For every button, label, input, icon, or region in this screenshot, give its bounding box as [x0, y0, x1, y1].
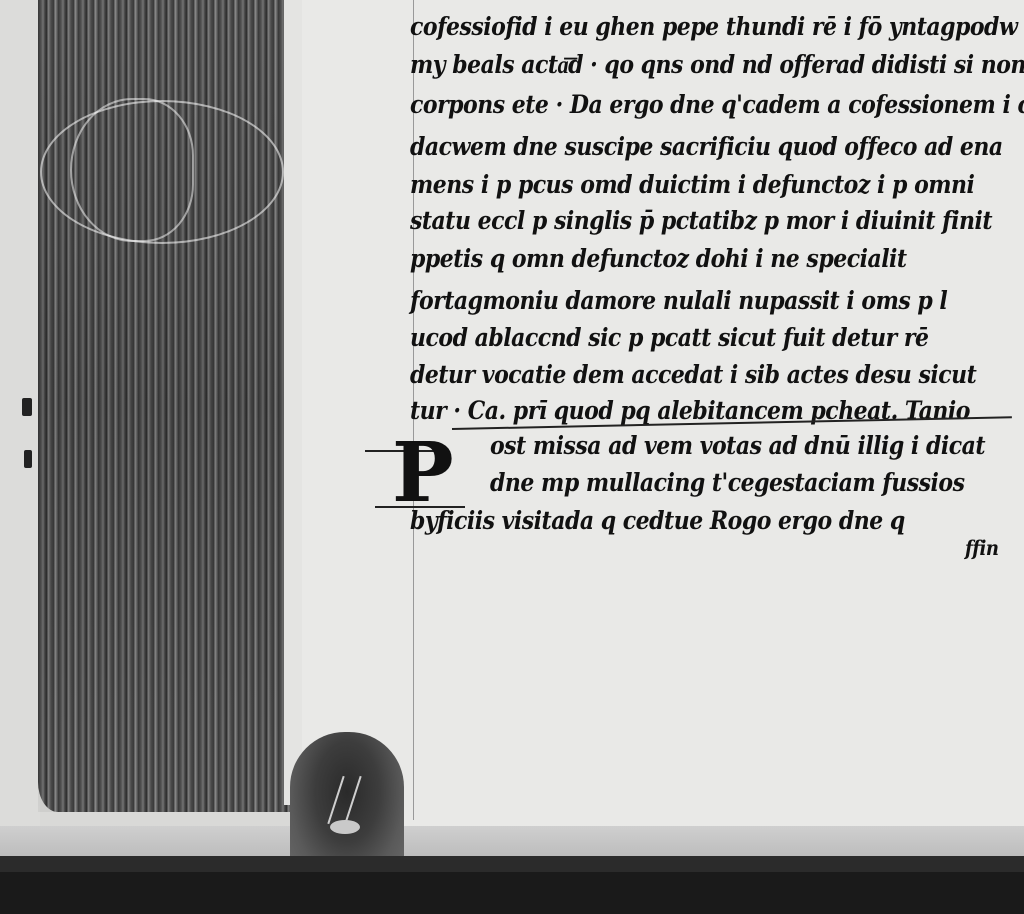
margin-note: ffin: [965, 536, 998, 560]
decorated-initial-letter: P: [392, 432, 454, 514]
binding-clasp-lower: [24, 450, 32, 468]
background-left: [0, 0, 40, 860]
text-line: statu eccl p singlis p̄ pctatibz p mor i…: [410, 206, 992, 236]
binding-clasp: [22, 398, 32, 416]
dark-bottom-band: [0, 856, 1024, 914]
rubric-line-text: tur · Ca. prī quod pq alebitancem pcheat…: [410, 396, 970, 426]
text-line: dacwem dne suscipe sacrificiu quod offec…: [410, 132, 1003, 162]
text-line: mens i p pcus omd duictim i defunctoz i …: [410, 170, 974, 200]
text-line: ppetis q omn defunctoz dohi i ne special…: [410, 244, 907, 274]
table-surface: [0, 826, 1024, 856]
text-line: ost missa ad vem votas ad dnū illig i di…: [490, 431, 985, 461]
page-stack-edge: [284, 0, 304, 805]
text-line: fortagmoniu damore nulali nupassit i oms…: [410, 286, 947, 316]
fingernail-tip: [330, 820, 360, 834]
text-line: dne mp mullacing t'cegestaciam fussios: [490, 468, 964, 498]
text-line: byficiis visitada q cedtue Rogo ergo dne…: [410, 506, 905, 536]
text-line: my beals acta͞d · qo qns ond nd offerad …: [410, 50, 1024, 80]
text-line: cofessiofid i eu ghen pepe thundi rē i f…: [410, 12, 1017, 42]
text-line: ucod ablaccnd sic p pcatt sicut fuit det…: [410, 323, 929, 353]
text-line: corpons ete · Da ergo dne q'cadem a cofe…: [410, 90, 1024, 120]
text-line: detur vocatie dem accedat i sib actes de…: [410, 360, 976, 390]
ghost-reflection-crescent: [70, 98, 194, 242]
